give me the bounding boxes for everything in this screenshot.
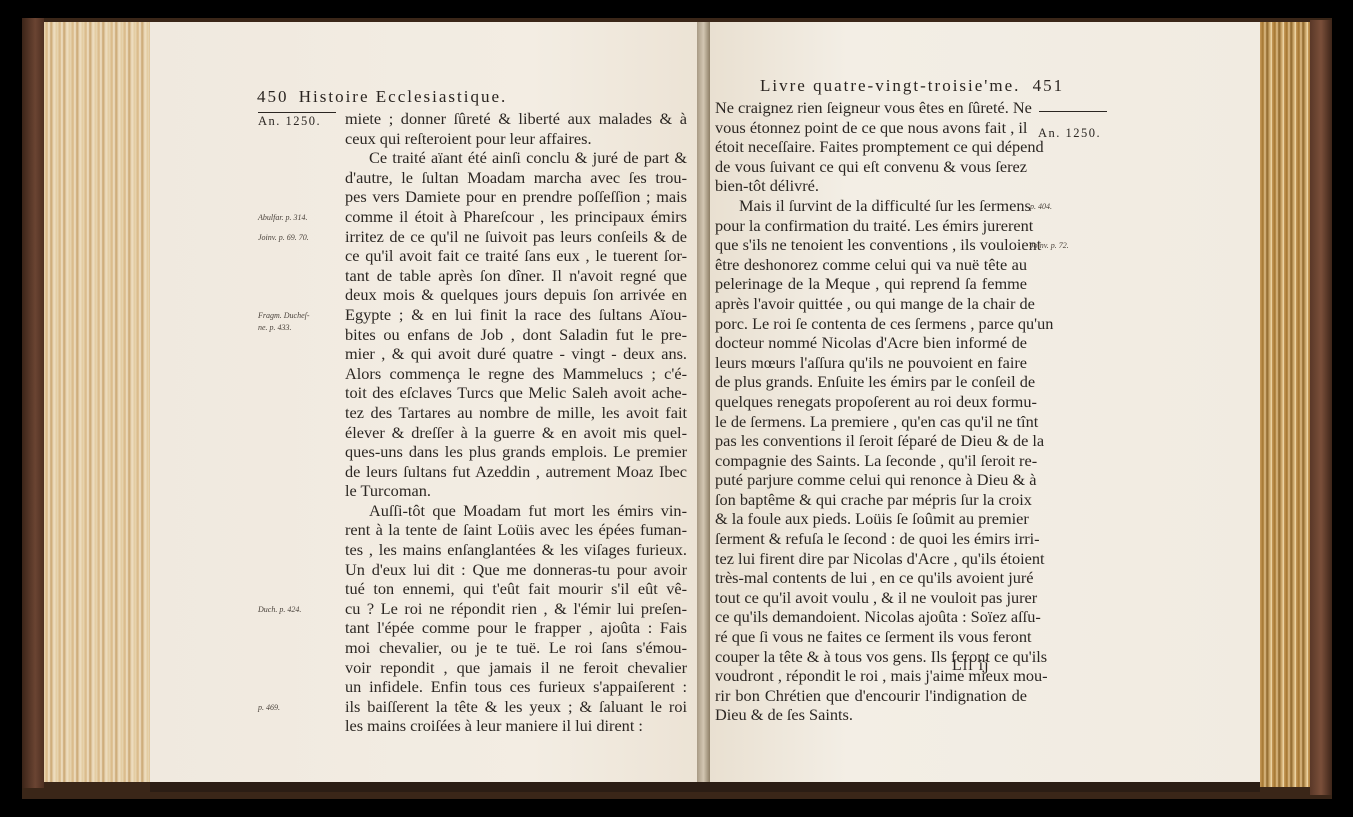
text-line: le Turcoman. <box>345 481 687 501</box>
text-line: ré que ſi vous ne faites ce ſerment ils … <box>715 627 1027 647</box>
page-edges-right <box>1260 22 1310 787</box>
margin-note: Fragm. Ducheſ- <box>258 311 310 321</box>
text-line: vous étonnez point de ce que nous avons … <box>715 118 1027 138</box>
right-page-text: Ne craignez rien ſeigneur vous êtes en ſ… <box>715 98 1027 725</box>
text-line: de vous ſuivant ce qui eſt convenu & vou… <box>715 157 1027 177</box>
margin-note: p. 404. <box>1030 202 1052 212</box>
text-line: ce qu'ils demandoient. Nicolas ajoûta : … <box>715 607 1027 627</box>
text-line: Dieu & de ſes Saints. <box>715 705 1027 725</box>
text-line: pelerinage de la Meque , qui reprend ſa … <box>715 274 1027 294</box>
text-line: tant l'épée comme pour le frapper , ajoû… <box>345 618 687 638</box>
text-line: deux mois & quelques jours depuis ſon ar… <box>345 285 687 305</box>
text-line: pas les conventions il ſeroit ſéparé de … <box>715 431 1027 451</box>
book-cover-right <box>1310 20 1332 795</box>
book-cover-left <box>22 18 44 788</box>
text-line: Ne craignez rien ſeigneur vous êtes en ſ… <box>715 98 1027 118</box>
text-line: Mais il ſurvint de la difficulté ſur les… <box>715 196 1027 216</box>
text-line: docteur nommé Nicolas d'Acre bien inform… <box>715 333 1027 353</box>
text-line: tout ce qu'il avoit voulu , & il ne voul… <box>715 588 1027 608</box>
text-line: rir bon Chrétien que d'encourir l'indign… <box>715 686 1027 706</box>
text-line: un infidele. Enfin tous ces furieux s'ap… <box>345 677 687 697</box>
text-line: leurs mœurs l'aſſura qu'ils ne pouvoient… <box>715 353 1027 373</box>
left-running-title: Histoire Ecclesiastique. <box>299 87 508 106</box>
text-line: rent à la tente de ſaint Loüis avec les … <box>345 520 687 540</box>
signature-mark: Lll ij <box>952 657 990 675</box>
text-line: élever & dreſſer à la guerre & en avoit … <box>345 423 687 443</box>
left-page-number: 450 <box>257 87 289 106</box>
text-line: & la foule aux pieds. Loüis ſe ſoûmit au… <box>715 509 1027 529</box>
text-line: pour la confirmation du traité. Les émir… <box>715 216 1027 236</box>
text-line: voir repondit , que jamais il ne feroit … <box>345 658 687 678</box>
left-year-rule <box>258 112 336 113</box>
text-line: compagnie des Saints. La ſeconde , qu'il… <box>715 451 1027 471</box>
text-line: miete ; donner ſûreté & liberté aux mala… <box>345 109 687 129</box>
book-gutter <box>697 22 710 782</box>
left-page: 450 Histoire Ecclesiastique. An. 1250. m… <box>150 22 697 784</box>
text-line: le de ſermens. La premiere , qu'en cas q… <box>715 412 1027 432</box>
text-line: mier , & qui avoit duré quatre - vingt -… <box>345 344 687 364</box>
text-line: étoit neceſſaire. Faites promptement ce … <box>715 137 1027 157</box>
text-line: ſerment & refuſa le ſecond : de quoi les… <box>715 529 1027 549</box>
text-line: moi chevalier, ou je te tuë. Le roi ſans… <box>345 638 687 658</box>
text-line: toit des eſclaves Turcs que Melic Saleh … <box>345 383 687 403</box>
text-line: tez lui firent dire par Nicolas d'Acre ,… <box>715 549 1027 569</box>
book-bottom-edge <box>150 782 1260 792</box>
margin-note: ne. p. 433. <box>258 323 292 333</box>
left-year-label: An. 1250. <box>258 114 321 129</box>
text-line: ſon baptême & qui crache par mépris ſur … <box>715 490 1027 510</box>
text-line: comme il étoit à Phareſcour , les princi… <box>345 207 687 227</box>
text-line: tez des Tartares au nombre de mille, les… <box>345 403 687 423</box>
text-line: tes , les mains enſanglantées & les viſa… <box>345 540 687 560</box>
right-year-rule <box>1039 111 1107 112</box>
text-line: puté parjure comme celui qui renonce à D… <box>715 470 1027 490</box>
text-line: tant de table après ſon dîner. Il n'avoi… <box>345 266 687 286</box>
text-line: de leurs ſultans fut Azeddin , autrement… <box>345 462 687 482</box>
right-running-title: Livre quatre-vingt-troisie'me. <box>760 76 1020 95</box>
text-line: ils baiſſerent la tête & les yeux ; & ſa… <box>345 697 687 717</box>
page-edges-left <box>44 22 150 782</box>
right-page-number: 451 <box>1033 76 1065 95</box>
text-line: très-mal contents de lui , en ce qu'ils … <box>715 568 1027 588</box>
left-page-text: miete ; donner ſûreté & liberté aux mala… <box>345 109 687 736</box>
text-line: de plus grands. Enſuite les émirs par le… <box>715 372 1027 392</box>
text-line: Alors commença le regne des Mammelucs ; … <box>345 364 687 384</box>
text-line: pes vers Damiete pour en prendre poſſeſſ… <box>345 187 687 207</box>
text-line: porc. Le roi ſe contenta de ces ſermens … <box>715 314 1027 334</box>
text-line: irritez de ce qu'il ne ſuivoit pas leurs… <box>345 227 687 247</box>
right-running-head: Livre quatre-vingt-troisie'me. 451 <box>760 76 1064 96</box>
text-line: que s'ils ne tenoient les conventions , … <box>715 235 1027 255</box>
text-line: Auſſi-tôt que Moadam fut mort les émirs … <box>345 501 687 521</box>
text-line: après l'avoir quittée , ou qui mange de … <box>715 294 1027 314</box>
text-line: cu ? Le roi ne répondit rien , & l'émir … <box>345 599 687 619</box>
margin-note: p. 469. <box>258 703 280 713</box>
text-line: Egypte ; & en lui finit la race des ſult… <box>345 305 687 325</box>
text-line: être deshonorez comme celui qui va nuë t… <box>715 255 1027 275</box>
text-line: bien-tôt délivré. <box>715 176 1027 196</box>
text-line: quelques renegats propoſerent au roi deu… <box>715 392 1027 412</box>
margin-note: Joinv. p. 72. <box>1030 241 1069 251</box>
right-year-label: An. 1250. <box>1038 126 1101 141</box>
text-line: ce qu'il avoit fait ce traité ſans eux ,… <box>345 246 687 266</box>
text-line: ques-uns dans les plus grands emplois. L… <box>345 442 687 462</box>
left-running-head: 450 Histoire Ecclesiastique. <box>257 87 507 107</box>
text-line: Un d'eux lui dit : Que me donneras-tu po… <box>345 560 687 580</box>
text-line: ceux qui reſteroient pour leur affaires. <box>345 129 687 149</box>
margin-note: Joinv. p. 69. 70. <box>258 233 309 243</box>
text-line: d'autre, le ſultan Moadam marcha avec ſe… <box>345 168 687 188</box>
text-line: Ce traité aïant été ainſi conclu & juré … <box>345 148 687 168</box>
text-line: tué ton ennemi, qui t'eût fait mourir s'… <box>345 579 687 599</box>
margin-note: Duch. p. 424. <box>258 605 301 615</box>
margin-note: Abulfar. p. 314. <box>258 213 308 223</box>
right-page: Livre quatre-vingt-troisie'me. 451 An. 1… <box>710 22 1260 784</box>
text-line: les mains croiſées à leur maniere il lui… <box>345 716 687 736</box>
text-line: bites ou enfans de Job , dont Saladin fu… <box>345 325 687 345</box>
